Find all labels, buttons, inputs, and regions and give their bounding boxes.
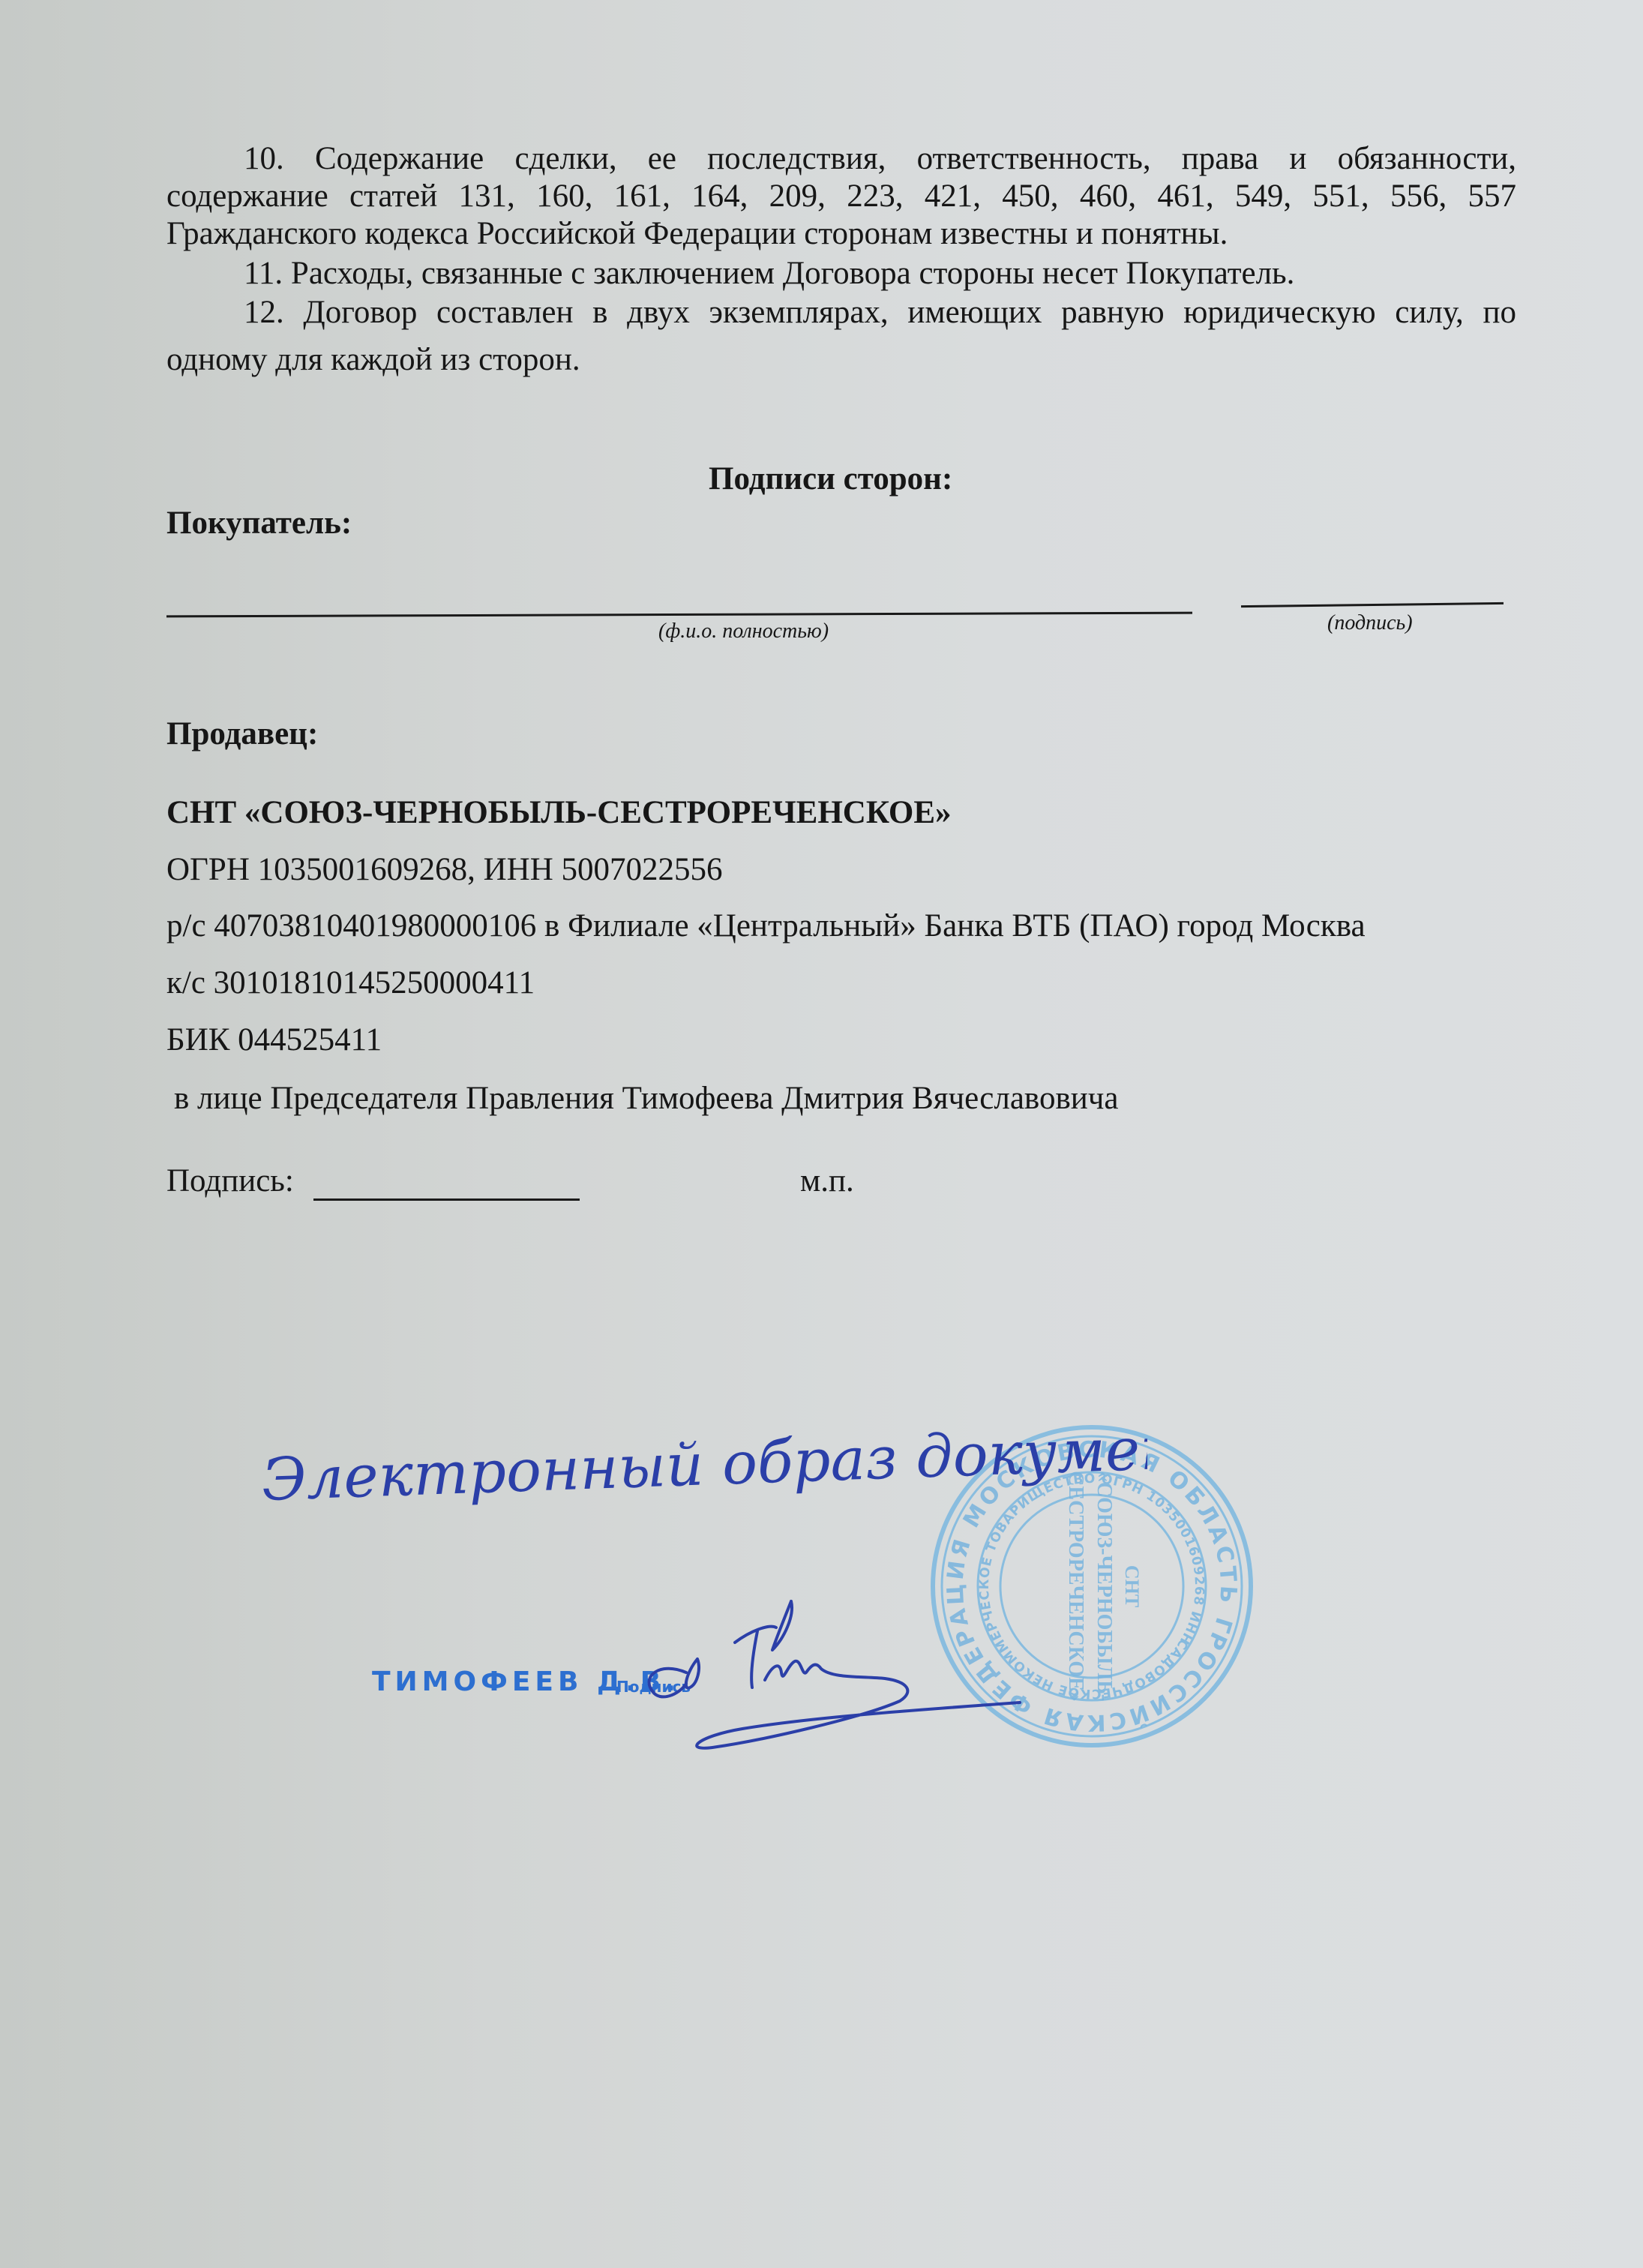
document-page: 10. Содержание сделки, ее последствия, о… bbox=[0, 0, 1643, 2268]
seller-seal-label: м.п. bbox=[800, 1165, 854, 1197]
seller-org-name: СНТ «СОЮЗ-ЧЕРНОБЫЛЬ-СЕСТРОРЕЧЕНСКОЕ» bbox=[166, 796, 952, 829]
buyer-signature-hint: (подпись) bbox=[1327, 611, 1413, 635]
buyer-name-hint: (ф.и.о. полностью) bbox=[658, 619, 829, 643]
clause-12-line-2: одному для каждой из сторон. bbox=[166, 343, 580, 376]
seller-ogrn-inn: ОГРН 1035001609268, ИНН 5007022556 bbox=[166, 853, 723, 886]
seal-center-line-1: СНТ bbox=[1121, 1565, 1143, 1607]
svg-text:Электронный образ документа.: Электронный образ документа. bbox=[261, 1417, 1147, 1514]
clause-10-line-3: Гражданского кодекса Российской Федераци… bbox=[166, 217, 1228, 250]
buyer-label: Покупатель: bbox=[166, 507, 352, 539]
clause-12-line-1: 12. Договор составлен в двух экземплярах… bbox=[244, 296, 1516, 328]
clause-11-line-1: 11. Расходы, связанные с заключением Дог… bbox=[244, 257, 1294, 289]
seller-corr-account: к/с 30101810145250000411 bbox=[166, 967, 535, 999]
seller-signature-label: Подпись: bbox=[166, 1165, 294, 1197]
handwritten-note: Электронный образ документа. bbox=[247, 1417, 1147, 1567]
clause-10-line-2: содержание статей 131, 160, 161, 164, 20… bbox=[166, 180, 1516, 212]
buyer-signature-line bbox=[1241, 602, 1504, 607]
signatures-heading: Подписи сторон: bbox=[709, 463, 952, 495]
seller-account: р/с 40703810401980000106 в Филиале «Цент… bbox=[166, 910, 1366, 942]
clause-10-line-1: 10. Содержание сделки, ее последствия, о… bbox=[244, 142, 1516, 175]
seller-label: Продавец: bbox=[166, 718, 318, 750]
seller-signature-line bbox=[313, 1198, 580, 1201]
handwritten-signature bbox=[615, 1590, 1035, 1762]
seller-representative: в лице Председателя Правления Тимофеева … bbox=[174, 1082, 1118, 1114]
buyer-name-line bbox=[166, 612, 1192, 618]
seller-bik: БИК 044525411 bbox=[166, 1024, 382, 1056]
